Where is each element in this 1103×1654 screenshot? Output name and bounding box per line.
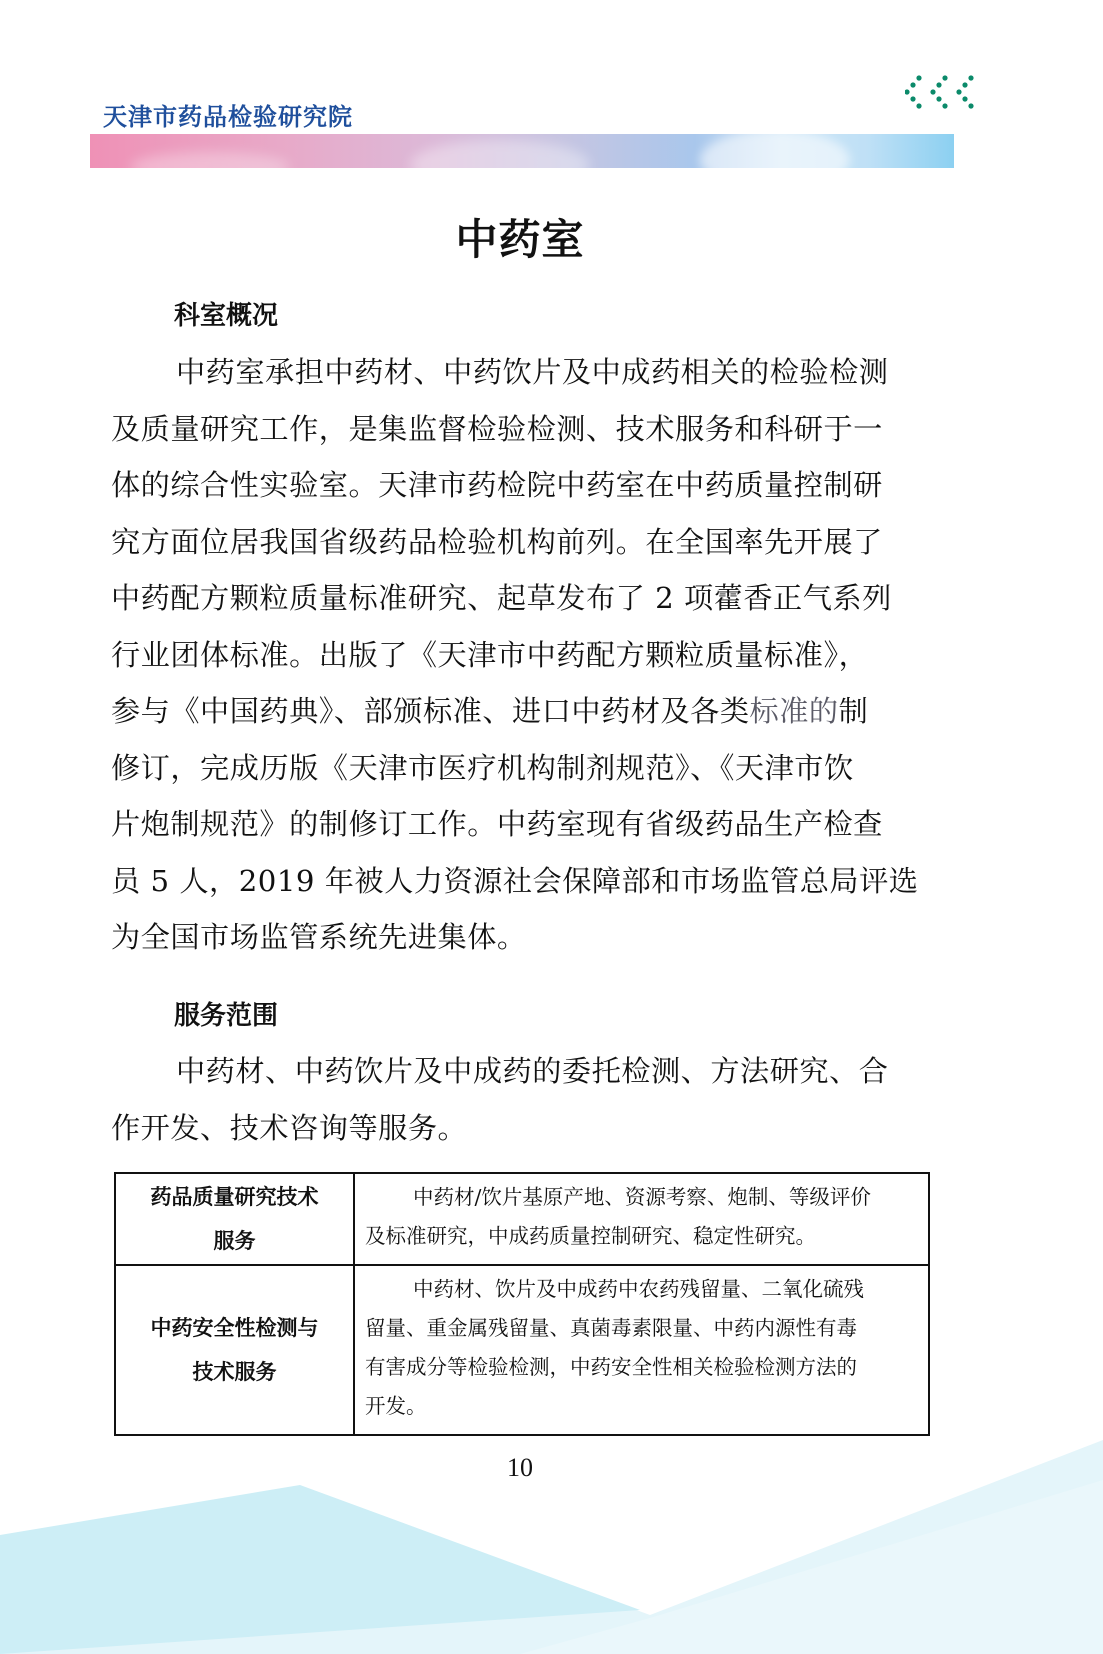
page-title: 中药室: [0, 207, 1040, 267]
paragraph-line: 中药材、中药饮片及中成药的委托检测、方法研究、合: [111, 1043, 933, 1100]
dotted-chevrons-logo-icon: [905, 74, 985, 126]
paragraph-line: 行业团体标准。出版了《天津市中药配方颗粒质量标准》，: [111, 627, 933, 684]
label-line: 技术服务: [124, 1350, 345, 1394]
overview-paragraph: 中药室承担中药材、中药饮片及中成药相关的检验检测 及质量研究工作，是集监督检验检…: [111, 344, 933, 966]
paragraph-text: 制: [839, 694, 869, 728]
service-description-cell: 中药材、饮片及中成药中农药残留量、二氧化硫残 留量、重金属残留量、真菌毒素限量、…: [354, 1265, 929, 1435]
service-label-cell: 药品质量研究技术 服务: [115, 1173, 354, 1265]
description-line: 开发。: [365, 1387, 918, 1426]
description-line: 中药材、饮片及中成药中农药残留量、二氧化硫残: [365, 1270, 918, 1309]
faded-text: 标准的: [750, 694, 839, 728]
description-line: 及标准研究，中成药质量控制研究、稳定性研究。: [365, 1217, 918, 1256]
description-line: 中药材/饮片基原产地、资源考察、炮制、等级评价: [365, 1178, 918, 1217]
description-line: 有害成分等检验检测，中药安全性相关检验检测方法的: [365, 1348, 918, 1387]
paragraph-line: 究方面位居我国省级药品检验机构前列。在全国率先开展了: [111, 514, 933, 571]
service-label-cell: 中药安全性检测与 技术服务: [115, 1265, 354, 1435]
paragraph-line: 为全国市场监管系统先进集体。: [111, 909, 933, 966]
paragraph-line: 员 5 人，2019 年被人力资源社会保障部和市场监管总局评选: [111, 853, 933, 910]
paragraph-line: 参与《中国药典》、部颁标准、进口中药材及各类标准的制: [111, 683, 933, 740]
paragraph-line: 中药配方颗粒质量标准研究、起草发布了 2 项藿香正气系列: [111, 570, 933, 627]
label-line: 服务: [124, 1219, 345, 1263]
paragraph-line: 作开发、技术咨询等服务。: [111, 1100, 933, 1157]
services-paragraph: 中药材、中药饮片及中成药的委托检测、方法研究、合 作开发、技术咨询等服务。: [111, 1043, 933, 1156]
paragraph-line: 及质量研究工作，是集监督检验检测、技术服务和科研于一: [111, 401, 933, 458]
paragraph-line: 中药室承担中药材、中药饮片及中成药相关的检验检测: [111, 344, 933, 401]
table-row: 药品质量研究技术 服务 中药材/饮片基原产地、资源考察、炮制、等级评价 及标准研…: [115, 1173, 929, 1265]
paragraph-line: 体的综合性实验室。天津市药检院中药室在中药质量控制研: [111, 457, 933, 514]
paragraph-line: 修订，完成历版《天津市医疗机构制剂规范》、《天津市饮: [111, 740, 933, 797]
header-decorative-band: [90, 134, 954, 168]
description-line: 留量、重金属残留量、真菌毒素限量、中药内源性有毒: [365, 1309, 918, 1348]
section-heading-services: 服务范围: [174, 995, 278, 1032]
label-line: 中药安全性检测与: [124, 1306, 345, 1350]
paragraph-text: 参与《中国药典》、部颁标准、进口中药材及各类: [111, 694, 750, 728]
paragraph-line: 片炮制规范》的制修订工作。中药室现有省级药品生产检查: [111, 796, 933, 853]
label-line: 药品质量研究技术: [124, 1175, 345, 1219]
services-table: 药品质量研究技术 服务 中药材/饮片基原产地、资源考察、炮制、等级评价 及标准研…: [114, 1172, 930, 1436]
section-heading-overview: 科室概况: [174, 295, 278, 332]
service-description-cell: 中药材/饮片基原产地、资源考察、炮制、等级评价 及标准研究，中成药质量控制研究、…: [354, 1173, 929, 1265]
table-row: 中药安全性检测与 技术服务 中药材、饮片及中成药中农药残留量、二氧化硫残 留量、…: [115, 1265, 929, 1435]
organization-name: 天津市药品检验研究院: [103, 97, 353, 132]
page-number: 10: [0, 1453, 1040, 1483]
